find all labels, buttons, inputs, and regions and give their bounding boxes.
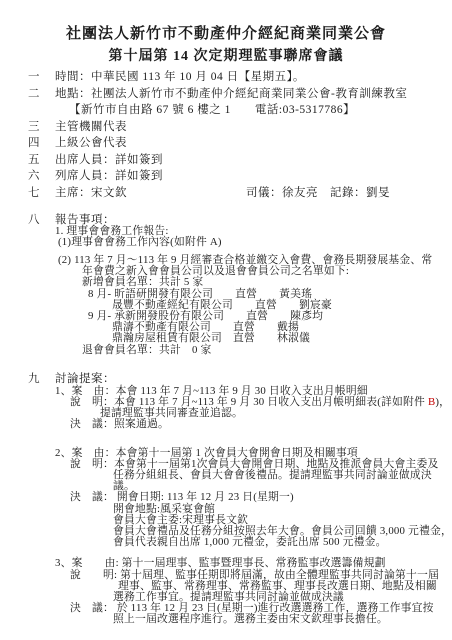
meta-item-authority-rep: 三 主管機關代表 — [28, 121, 452, 133]
case-subject: 3、案 由: 第十一屆理事、監事暨理事長、常務監事改選籌備規劃 — [55, 558, 452, 569]
item-text: 主管機關代表 — [55, 121, 127, 133]
case-explanation-cont: 任務分組組長、會員大會會後禮品。提請理監事共同討論並做成決 — [113, 470, 452, 481]
proposal-case-1: 1、案 由：本會 113 年 7 月~113 年 9 月 30 日收入支出月帳明… — [0, 386, 452, 431]
doc-subtitle: 第十屆第 14 次定期理監事聯席會議 — [0, 48, 452, 65]
meta-section: 一 時間：中華民國 113 年 10 月 04 日【星期五】。 二 地點：社團法… — [0, 71, 452, 199]
section-number: 九 — [28, 373, 55, 385]
proposal-case-3: 3、案 由: 第十一屆理事、監事暨理事長、常務監事改選籌備規劃 說 明: 第十屆… — [0, 558, 452, 625]
item-number: 二 — [28, 88, 55, 100]
section-title: 報告事項： — [55, 214, 115, 226]
meta-item-chairman: 七 主席：宋文欽 司儀：徐友亮 記錄：劉旻 — [28, 187, 452, 199]
report-line: 新增會員名單：共計 5 家 — [82, 277, 452, 288]
item-text: 地點：社團法人新竹市不動產仲介經紀商業同業公會-教育訓練教室 — [55, 88, 407, 100]
explanation-text: )， — [435, 396, 450, 408]
emcee-and-recorder: 司儀：徐友亮 記錄：劉旻 — [246, 187, 390, 199]
discussion-section-heading: 九 討論提案： — [28, 373, 452, 385]
section-number: 八 — [28, 214, 55, 226]
item-number: 五 — [28, 154, 55, 166]
item-number: 三 — [28, 121, 55, 133]
report-section-heading: 八 報告事項： — [28, 214, 452, 226]
report-section-body: 1. 理事會會務工作報告: (1)理事會會務工作內容(如附件 A) (2) 11… — [0, 226, 452, 356]
item-number: 一 — [28, 71, 55, 83]
item-text: 上級公會代表 — [55, 137, 127, 149]
item-text: 時間：中華民國 113 年 10 月 04 日【星期五】。 — [55, 71, 305, 83]
item-text: 出席人員：詳如簽到 — [55, 154, 163, 166]
item-text: 列席人員：詳如簽到 — [55, 170, 163, 182]
item-text: 主席：宋文欽 — [55, 187, 127, 199]
meta-item-observers: 六 列席人員：詳如簽到 — [28, 170, 452, 182]
doc-title: 社團法人新竹市不動產仲介經紀商業同業公會 — [0, 0, 452, 43]
new-member-row: 鼎瀚房屋租賃有限公司 直營 林淑儀 — [112, 333, 452, 344]
case-resolution-cont: 照上一屆改選程序進行。選務主委由宋文欽理事長擔任。 — [113, 614, 452, 625]
item-number: 四 — [28, 137, 55, 149]
meta-item-time: 一 時間：中華民國 113 年 10 月 04 日【星期五】。 — [28, 71, 452, 83]
item-number — [28, 104, 55, 116]
item-number: 六 — [28, 170, 55, 182]
document-page: 社團法人新竹市不動產仲介經紀商業同業公會 第十屆第 14 次定期理監事聯席會議 … — [0, 0, 452, 640]
case-resolution: 決 議：照案通過。 — [70, 419, 452, 430]
item-number: 七 — [28, 187, 55, 199]
section-title: 討論提案： — [55, 373, 115, 385]
report-line: 退會會員名單：共計 0 家 — [82, 345, 452, 356]
report-line: (1)理事會會務工作內容(如附件 A) — [58, 237, 452, 248]
proposal-case-2: 2、案 由：本會第十一屆第 1 次會員大會開會日期及相關事項 說 明：本會第十一… — [0, 448, 452, 549]
meta-item-attendees: 五 出席人員：詳如簽到 — [28, 154, 452, 166]
item-text: 【新竹市自由路 67 號 6 樓之 1 電話:03-5317786】 — [55, 104, 355, 116]
case-resolution: 決 議： 開會日期: 113 年 12 月 23 日(星期一) — [70, 492, 452, 503]
meta-item-upper-assoc-rep: 四 上級公會代表 — [28, 137, 452, 149]
meta-item-location: 二 地點：社團法人新竹市不動產仲介經紀商業同業公會-教育訓練教室 — [28, 88, 452, 100]
case-resolution-cont: 會員代表親自出席 1,000 元禮金，委託出席 500 元禮金。 — [113, 537, 452, 548]
meta-item-address: 【新竹市自由路 67 號 6 樓之 1 電話:03-5317786】 — [28, 104, 452, 116]
